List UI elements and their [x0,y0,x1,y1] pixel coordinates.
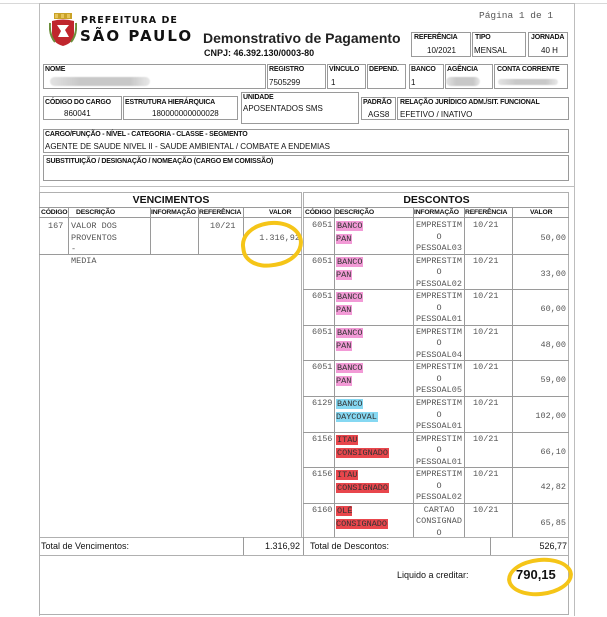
rule [303,432,569,433]
nome-label: NOME [45,66,65,73]
referencia: 10/21 [473,505,499,515]
valor: 60,00 [513,304,566,314]
liquido-panel [39,555,569,615]
total-vencimentos-value: 1.316,92 [244,541,300,551]
cargo-funcao-value: AGENTE DE SAUDE NIVEL II - SAUDE AMBIENT… [45,142,330,151]
header-codigo: CÓDIGO [41,209,67,216]
rule [303,467,569,468]
tipo-label: TIPO [475,34,491,41]
header-valor: VALOR [530,209,552,216]
rule [303,396,569,397]
referencia: 10/21 [473,256,499,266]
rule [198,207,199,254]
codigo: 6051 [312,362,332,372]
informacao: EMPRESTIMOPESSOAL04 [413,327,465,362]
informacao: EMPRESTIMOPESSOAL03 [413,220,465,255]
valor: 50,00 [513,233,566,243]
descricao: BANCO PAN [336,291,363,317]
bank-highlight: OLÉ CONSIGNADO [336,506,388,529]
descricao: BANCO PAN [336,327,363,353]
header-descricao: DESCRIÇÃO [335,209,374,216]
padrao-field: PADRÃO AGS8 [361,97,396,120]
rule [303,207,569,208]
cnpj: CNPJ: 46.392.130/0003-80 [204,48,314,58]
codigo-cargo-label: CÓDIGO DO CARGO [45,99,111,106]
rule [334,207,335,539]
total-descontos-value: 526,77 [491,541,567,551]
rule [68,207,69,254]
header-codigo: CÓDIGO [305,209,331,216]
rule [39,207,302,208]
estrutura-value: 180000000000028 [152,109,219,118]
referencia: 10/21 [473,327,499,337]
conta-corrente-label: CONTA CORRENTE [497,66,560,73]
relacao-field: RELAÇÃO JURÍDICO ADM./SIT. FUNCIONAL EFE… [397,97,569,120]
valor: 102,00 [513,411,566,421]
banco-label: BANCO [411,66,436,73]
registro-value: 7505299 [269,78,300,87]
rule [303,289,569,290]
codigo: 167 [48,221,63,231]
bank-highlight: BANCO PAN [336,292,363,315]
substituicao-field: SUBSTITUIÇÃO / DESIGNAÇÃO / NOMEAÇÃO (CA… [43,155,569,181]
conta-corrente-field: CONTA CORRENTE [494,64,568,89]
referencia: 10/21 [210,221,236,231]
valor: 33,00 [513,269,566,279]
referencia: 10/21 [473,469,499,479]
unidade-field: UNIDADE APOSENTADOS SMS [241,92,359,124]
logo-line2: SÃO PAULO [80,27,193,45]
valor: 65,85 [513,518,566,528]
codigo: 6129 [312,398,332,408]
conta-redacted [498,79,558,85]
referencia: 10/21 [473,220,499,230]
referencia-value: 10/2021 [427,46,456,55]
header-informacao: INFORMAÇÃO [414,209,459,216]
estrutura-field: ESTRUTURA HIERÁRQUICA 180000000000028 [123,96,238,120]
cargo-funcao-label: CARGO/FUNÇÃO - NÍVEL - CATEGORIA - CLASS… [45,131,247,138]
padrao-label: PADRÃO [363,99,392,106]
referencia: 10/21 [473,362,499,372]
registro-label: REGISTRO [269,66,304,73]
bank-highlight: BANCO PAN [336,363,363,386]
substituicao-label: SUBSTITUIÇÃO / DESIGNAÇÃO / NOMEAÇÃO (CA… [46,158,273,165]
banco-field: BANCO 1 [409,64,444,89]
codigo: 6156 [312,469,332,479]
rule [303,217,569,218]
cargo-funcao-field: CARGO/FUNÇÃO - NÍVEL - CATEGORIA - CLASS… [43,129,569,153]
header-informacao: INFORMAÇÃO [151,209,196,216]
bank-highlight: BANCO PAN [336,221,363,244]
unidade-value: APOSENTADOS SMS [243,104,323,113]
codigo-cargo-value: 860041 [64,109,91,118]
codigo: 6051 [312,327,332,337]
page-indicator: Página 1 de 1 [479,10,553,21]
informacao: CARTAOCONSIGNADO [413,505,465,540]
informacao: EMPRESTIMOPESSOAL01 [413,398,465,433]
liquido-label: Liquido a creditar: [397,570,469,580]
vinculo-field: VÍNCULO 1 [327,64,366,89]
informacao: EMPRESTIMOPESSOAL01 [413,291,465,326]
codigo: 6051 [312,291,332,301]
relacao-label: RELAÇÃO JURÍDICO ADM./SIT. FUNCIONAL [400,99,540,106]
vinculo-label: VÍNCULO [329,66,359,73]
codigo: 6156 [312,434,332,444]
banco-value: 1 [411,78,415,87]
informacao: EMPRESTIMOPESSOAL01 [413,434,465,469]
jornada-label: JORNADA [531,34,564,41]
header-descricao: DESCRIÇÃO [76,209,115,216]
informacao: EMPRESTIMOPESSOAL02 [413,469,465,504]
descricao: ITAUCONSIGNADO [336,434,389,460]
descricao: BANCO PAN [336,256,363,282]
jornada-field: JORNADA 40 H [528,32,568,57]
agencia-label: AGÊNCIA [447,66,478,73]
unidade-label: UNIDADE [243,94,274,101]
total-vencimentos-label: Total de Vencimentos: [41,541,129,551]
descricao: BANCO PAN [336,220,363,246]
nome-field: NOME [43,64,266,89]
logo-line1: PREFEITURA DE [81,15,178,26]
vinculo-value: 1 [331,78,335,87]
nome-redacted [50,77,150,86]
codigo-cargo-field: CÓDIGO DO CARGO 860041 [43,96,122,120]
descricao: VALOR DOSPROVENTOS -MEDIA [71,221,117,267]
descricao: OLÉ CONSIGNADO [336,505,388,531]
jornada-value: 40 H [541,46,558,55]
codigo: 6160 [312,505,332,515]
bank-highlight: CONSIGNADO [336,448,389,458]
valor: 66,10 [513,447,566,457]
bank-highlight: BANCO PAN [336,257,363,280]
valor: 59,00 [513,375,566,385]
document-title: Demonstrativo de Pagamento [203,30,401,46]
referencia: 10/21 [473,434,499,444]
registro-field: REGISTRO 7505299 [267,64,326,89]
divider [39,186,574,187]
referencia-label: REFERÊNCIA [414,34,458,41]
vencimentos-title: VENCIMENTOS [40,194,302,206]
informacao: EMPRESTIMOPESSOAL02 [413,256,465,291]
valor: 48,00 [513,340,566,350]
valor: 42,82 [513,482,566,492]
bank-highlight: ITAU [336,470,358,480]
referencia-field: REFERÊNCIA 10/2021 [411,32,471,57]
padrao-value: AGS8 [368,110,389,119]
informacao: EMPRESTIMOPESSOAL05 [413,362,465,397]
referencia: 10/21 [473,291,499,301]
codigo: 6051 [312,220,332,230]
codigo: 6051 [312,256,332,266]
rule [39,217,302,218]
estrutura-label: ESTRUTURA HIERÁRQUICA [125,99,215,106]
header-referencia: REFERÊNCIA [199,209,241,216]
bank-highlight: BANCO DAYCOVAL [336,399,378,422]
descricao: BANCO PAN [336,362,363,388]
rule [303,503,569,504]
agencia-field: AGÊNCIA [445,64,493,89]
rule [303,537,304,556]
descontos-title: DESCONTOS [304,194,569,206]
sao-paulo-coat-of-arms-icon [49,13,77,47]
descricao: ITAUCONSIGNADO [336,469,389,495]
header-referencia: REFERÊNCIA [465,209,507,216]
bank-highlight: CONSIGNADO [336,483,389,493]
total-descontos-label: Total de Descontos: [310,541,389,551]
tipo-field: TIPO MENSAL [472,32,526,57]
bank-highlight: ITAU [336,435,358,445]
bank-highlight: BANCO PAN [336,328,363,351]
rule [150,207,151,254]
dependentes-field: DEPEND. [367,64,406,89]
relacao-value: EFETIVO / INATIVO [400,110,472,119]
rule [303,254,569,255]
descricao: BANCO DAYCOVAL [336,398,378,424]
dependentes-label: DEPEND. [369,66,399,73]
rule [303,360,569,361]
tipo-value: MENSAL [474,46,507,55]
header-valor: VALOR [269,209,291,216]
rule [303,325,569,326]
referencia: 10/21 [473,398,499,408]
agencia-redacted [446,77,480,86]
